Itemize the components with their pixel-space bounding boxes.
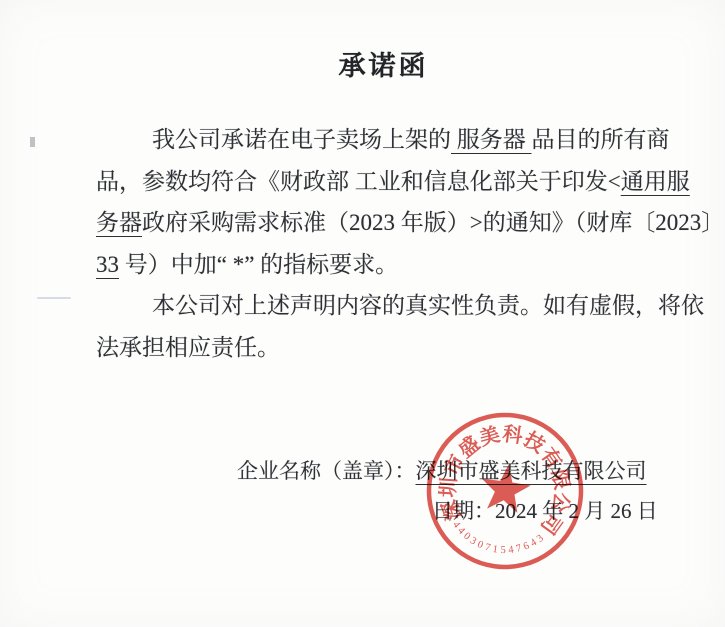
body-text: 我公司承诺在电子卖场上架的 (152, 127, 451, 152)
body-line-1: 我公司承诺在电子卖场上架的 服务器 品目的所有商 (96, 119, 696, 161)
body-text: 品目的所有商 (532, 127, 670, 152)
underlined-standard-name: 务器 (96, 210, 142, 235)
signature-line: 企业名称（盖章）：深圳市盛美科技有限公司 (237, 455, 647, 485)
body-text: 号）中加“ *” 的指标要求。 (119, 252, 398, 277)
document-title: 承诺函 (21, 44, 725, 83)
body-line-2: 品，参数均符合《财政部 工业和信息化部关于印发<通用服 (96, 161, 696, 203)
seal-ring (419, 405, 591, 577)
body-text: 本公司对上述声明内容的真实性负责。如有虚假，将依 (152, 293, 704, 318)
date-value: 2024 年 2 月 26 日 (495, 499, 658, 523)
company-name-value: 深圳市盛美科技有限公司 (416, 459, 647, 483)
company-seal-stamp: 深圳市盛美科技有限公司 4403071547643 (409, 395, 601, 587)
body-text: 品，参数均符合《财政部 工业和信息化部关于印发< (96, 169, 621, 194)
company-name-label: 企业名称（盖章）： (237, 459, 416, 483)
body-text: 政府采购需求标准（2023 年版）>的通知》（财库〔2023〕 (142, 210, 724, 235)
underlined-standard-name: 通用服 (621, 169, 690, 194)
scan-artifact-dash (37, 297, 71, 299)
body-line-6: 法承担相应责任。 (96, 327, 696, 369)
body-text: 法承担相应责任。 (96, 335, 280, 360)
scan-artifact-speck (30, 137, 35, 147)
date-label: 日期： (432, 499, 495, 523)
underlined-category: 服务器 (451, 127, 532, 152)
body-line-5: 本公司对上述声明内容的真实性负责。如有虚假，将依 (96, 285, 696, 327)
document-page: 承诺函 我公司承诺在电子卖场上架的 服务器 品目的所有商 品，参数均符合《财政部… (0, 0, 725, 627)
body-line-4: 33 号）中加“ *” 的指标要求。 (96, 244, 696, 286)
document-body: 我公司承诺在电子卖场上架的 服务器 品目的所有商 品，参数均符合《财政部 工业和… (96, 119, 696, 368)
date-line: 日期：2024 年 2 月 26 日 (432, 495, 658, 525)
underlined-doc-number: 33 (96, 252, 119, 277)
body-line-3: 务器政府采购需求标准（2023 年版）>的通知》（财库〔2023〕 (96, 202, 696, 244)
